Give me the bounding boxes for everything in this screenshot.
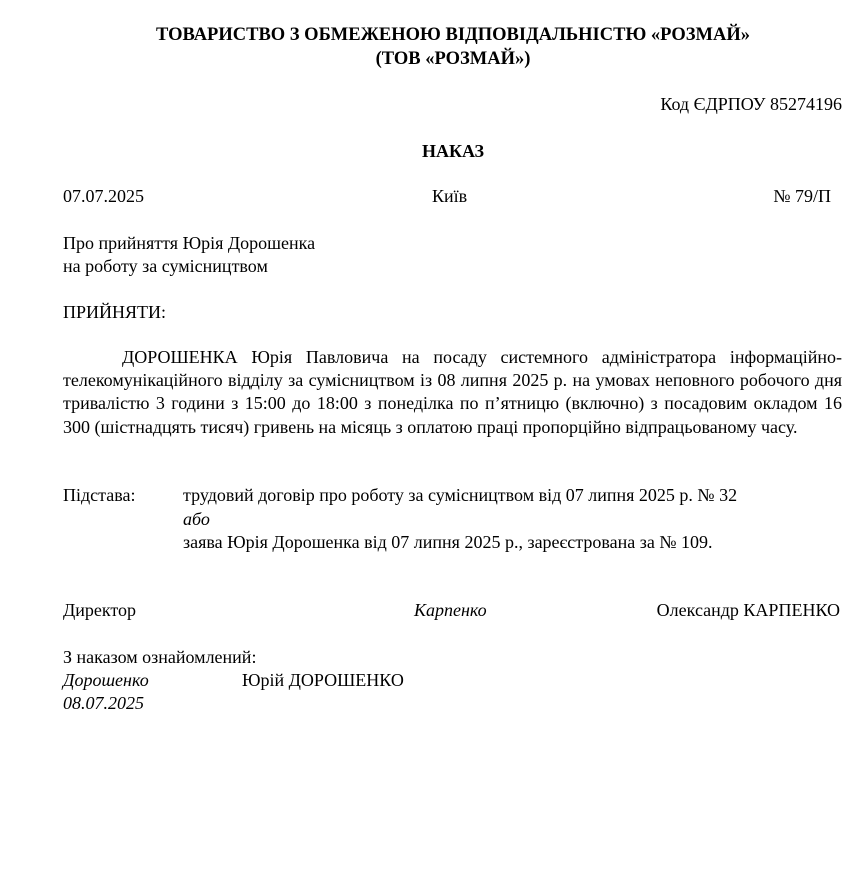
document-title: НАКАЗ: [0, 140, 864, 163]
decree-heading: ПРИЙНЯТИ:: [63, 301, 166, 324]
signer-position: Директор: [63, 599, 136, 622]
signer-name: Олександр КАРПЕНКО: [657, 599, 840, 622]
subject-line-2: на роботу за сумісництвом: [63, 255, 268, 278]
acknowledgement-label: З наказом ознайомлений:: [63, 646, 256, 669]
basis-label: Підстава:: [63, 484, 135, 507]
signer-signature: Карпенко: [414, 599, 487, 622]
acknowledgement-name: Юрій ДОРОШЕНКО: [242, 669, 404, 692]
basis-item-application: заява Юрія Дорошенка від 07 липня 2025 р…: [183, 531, 713, 554]
basis-item-contract: трудовий договір про роботу за сумісницт…: [183, 484, 737, 507]
decree-body: ДОРОШЕНКА Юрія Павловича на посаду систе…: [63, 346, 842, 439]
subject-line-1: Про прийняття Юрія Дорошенка: [63, 232, 315, 255]
document-city: Київ: [432, 185, 467, 208]
basis-or: або: [183, 508, 210, 531]
document-date: 07.07.2025: [63, 185, 144, 208]
document-number: № 79/П: [773, 185, 831, 208]
organization-name: ТОВАРИСТВО З ОБМЕЖЕНОЮ ВІДПОВІДАЛЬНІСТЮ …: [0, 24, 864, 47]
organization-short-name: (ТОВ «РОЗМАЙ»): [0, 48, 864, 71]
acknowledgement-date: 08.07.2025: [63, 692, 144, 715]
edrpou-code: Код ЄДРПОУ 85274196: [660, 93, 842, 116]
acknowledgement-signature: Дорошенко: [63, 669, 149, 692]
